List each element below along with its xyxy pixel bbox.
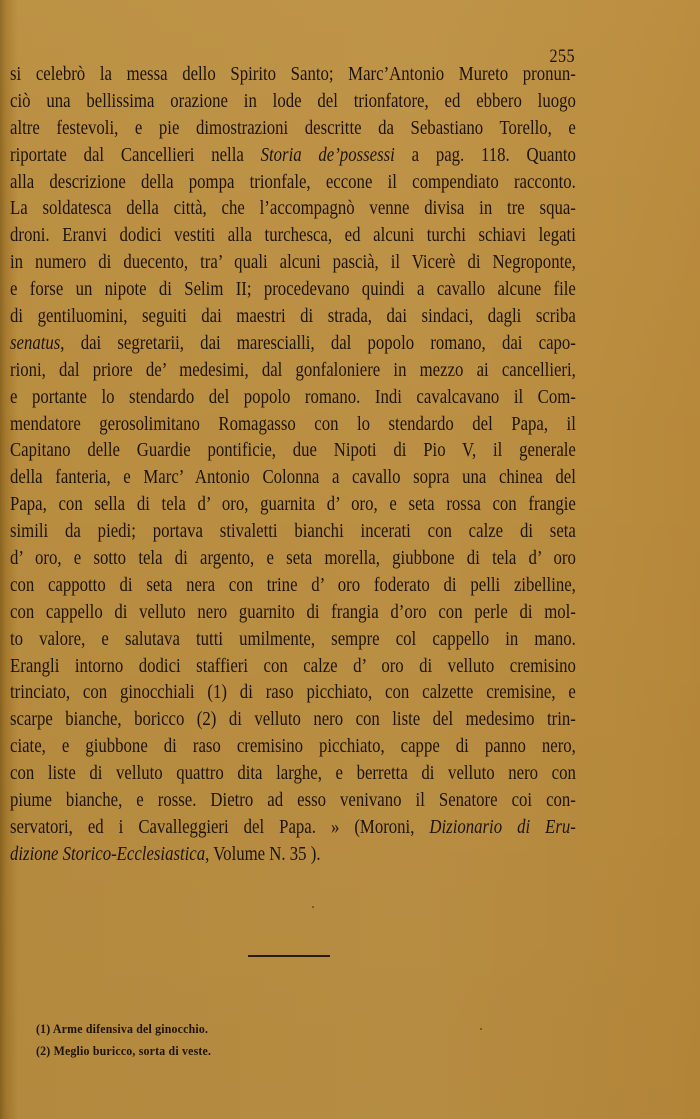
text-line: senatus, dai segretarii, dai marescialli…: [10, 331, 576, 358]
text-line: in numero di duecento, tra’ quali alcuni…: [10, 250, 576, 277]
text-line: trinciato, con ginocchiali (1) di raso p…: [10, 680, 576, 707]
text-line: Erangli intorno dodici staffieri con cal…: [10, 654, 576, 681]
text-line: con cappello di velluto nero guarnito di…: [10, 600, 576, 627]
text-line: ciate, e giubbone di raso cremisino picc…: [10, 734, 576, 761]
text-segment: a pag. 118. Quanto: [395, 145, 576, 166]
text-segment: servatori, ed i Cavalleggieri del Papa. …: [10, 817, 429, 838]
text-line: droni. Eranvi dodici vestiti alla turche…: [10, 223, 576, 250]
text-segment: , dai segretarii, dai marescialli, dal p…: [60, 333, 576, 354]
text-line: si celebrò la messa dello Spirito Santo;…: [10, 62, 576, 89]
speck: [312, 906, 314, 908]
text-line: ciò una bellissima orazione in lode del …: [10, 89, 576, 116]
text-line: simili da piedi; portava stivaletti bian…: [10, 519, 576, 546]
footnotes: (1) Arme difensiva del ginocchio. (2) Me…: [36, 1018, 220, 1062]
footnote-separator-rule: [248, 955, 330, 957]
text-line: Papa, con sella di tela d’ oro, guarnita…: [10, 492, 576, 519]
text-line: della fanteria, e Marc’ Antonio Colonna …: [10, 465, 576, 492]
text-line: altre festevoli, e pie dimostrazioni des…: [10, 116, 576, 143]
text-line: Capitano delle Guardie pontificie, due N…: [10, 438, 576, 465]
footnote: (2) Meglio buricco, sorta di veste.: [36, 1040, 211, 1062]
text-line: dizione Storico-Ecclesiastica, Volume N.…: [10, 842, 576, 869]
text-line: e forse un nipote di Selim II; procedeva…: [10, 277, 576, 304]
text-segment: , Volume N. 35 ).: [205, 844, 320, 865]
text-line: riportate dal Cancellieri nella Storia d…: [10, 143, 576, 170]
book-title-italic: Dizionario di Eru-: [429, 817, 575, 838]
text-line: alla descrizione della pompa trionfale, …: [10, 170, 576, 197]
latin-term-italic: senatus: [10, 333, 60, 354]
scanned-book-page: 255 si celebrò la messa dello Spirito Sa…: [0, 0, 700, 1119]
text-line: piume bianche, e rosse. Dietro ad esso v…: [10, 788, 576, 815]
text-line: di gentiluomini, seguiti dai maestri di …: [10, 304, 576, 331]
text-line: mendatore gerosolimitano Romagasso con l…: [10, 412, 576, 439]
speck: [480, 1028, 482, 1030]
text-line: d’ oro, e sotto tela di argento, e seta …: [10, 546, 576, 573]
text-segment: riportate dal Cancellieri nella: [10, 145, 261, 166]
text-line: scarpe bianche, boricco (2) di velluto n…: [10, 707, 576, 734]
text-line: La soldatesca della città, che l’accompa…: [10, 196, 576, 223]
book-title-italic: dizione Storico-Ecclesiastica: [10, 844, 205, 865]
book-title-italic: Storia de’possessi: [261, 145, 395, 166]
body-text: si celebrò la messa dello Spirito Santo;…: [10, 62, 576, 869]
text-line: rioni, dal priore de’ medesimi, dal gonf…: [10, 358, 576, 385]
text-line: e portante lo stendardo del popolo roman…: [10, 385, 576, 412]
text-line: to valore, e salutava tutti umilmente, s…: [10, 627, 576, 654]
text-line: servatori, ed i Cavalleggieri del Papa. …: [10, 815, 576, 842]
footnote: (1) Arme difensiva del ginocchio.: [36, 1018, 211, 1040]
text-line: con liste di velluto quattro dita larghe…: [10, 761, 576, 788]
text-line: con cappotto di seta nera con trine d’ o…: [10, 573, 576, 600]
